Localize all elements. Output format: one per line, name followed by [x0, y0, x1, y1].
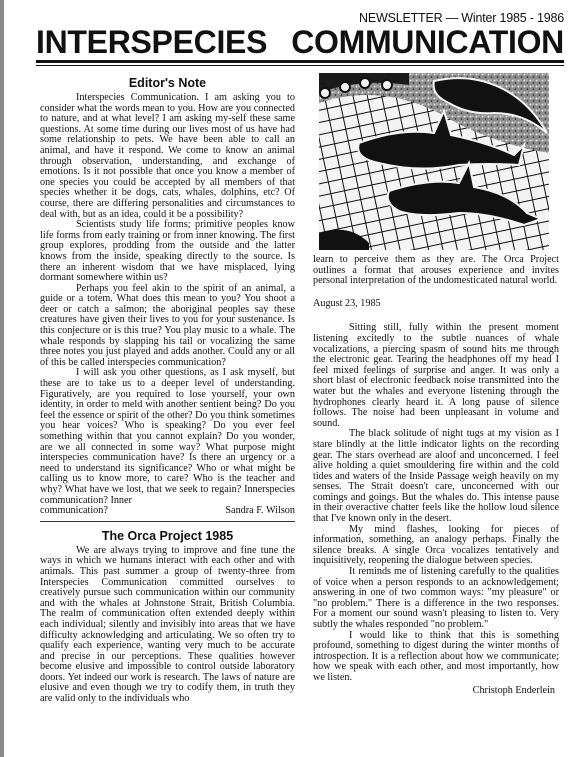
editors-note-paragraph: Scientists study life forms; primitive p… [40, 220, 295, 284]
section-divider [40, 521, 295, 522]
editors-note-paragraph: Perhaps you feel akin to the spirit of a… [40, 284, 295, 369]
journal-paragraph: Sitting still, fully within the present … [313, 323, 559, 429]
journal-paragraph: I would like to think that this is somet… [313, 631, 559, 684]
orca-project-heading: The Orca Project 1985 [40, 529, 295, 543]
orca-illustration [319, 73, 549, 250]
orca-net-artwork-icon [319, 73, 549, 250]
journal-paragraph: My mind flashes, looking for pieces of i… [313, 525, 559, 567]
journal-paragraph: It reminds me of listening carefully to … [313, 567, 559, 631]
orca-project-intro: We are always trying to improve and fine… [40, 546, 295, 705]
right-column: learn to perceive them as they are. The … [313, 255, 559, 696]
masthead-rule-thin [36, 65, 564, 66]
editors-note-signature-line: communication? Sandra F. Wilson [40, 506, 295, 517]
title-interspecies: INTERSPECIES [36, 24, 267, 60]
editors-note-paragraph: I will ask you other questions, as I ask… [40, 368, 295, 506]
newsletter-title: INTERSPECIES COMMUNICATION [36, 24, 564, 60]
orca-project-intro-continued: learn to perceive them as they are. The … [313, 255, 559, 287]
page-left-edge [0, 0, 4, 757]
journal-paragraph: The black solitude of night tugs at my v… [313, 429, 559, 524]
issue-line: NEWSLETTER — Winter 1985 - 1986 [359, 11, 564, 25]
title-communication: COMMUNICATION [291, 24, 564, 60]
masthead-rule-thick [36, 60, 564, 63]
editors-note-author: Sandra F. Wilson [225, 506, 295, 517]
orca-project-author: Christoph Enderlein [313, 686, 559, 697]
editors-note-heading: Editor's Note [40, 76, 295, 90]
closing-fragment: communication? [40, 506, 108, 517]
journal-date: August 23, 1985 [313, 299, 559, 310]
editors-note-paragraph: Interspecies Communication. I am asking … [40, 93, 295, 220]
left-column: Editor's Note Interspecies Communication… [40, 76, 295, 705]
